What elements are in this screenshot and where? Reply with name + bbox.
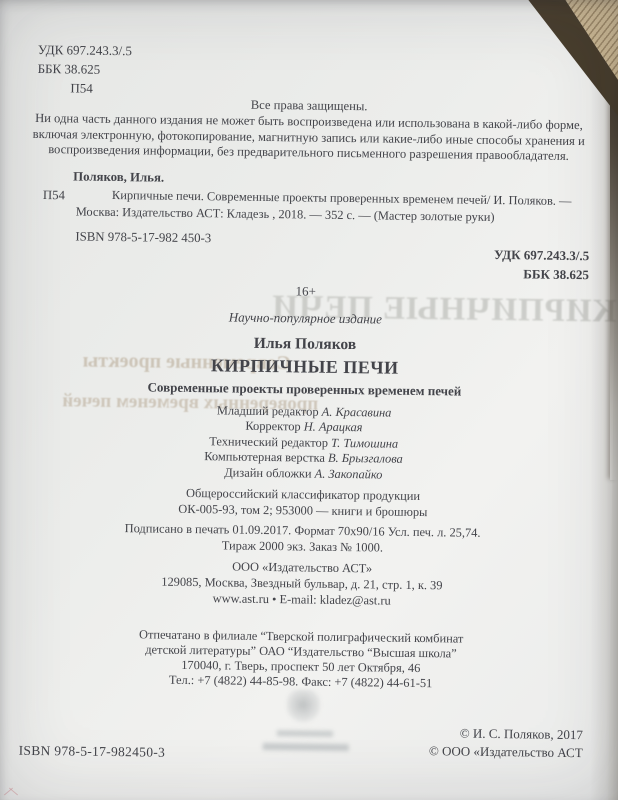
bbk-code: ББК 38.625 [38,59,132,79]
staff-role: Корректор [245,419,300,434]
showthrough-publisher-logo [286,689,320,723]
udk-code-right: УДК 697.243.3/.5 [494,246,589,266]
staff-name: В. Брызгалова [328,451,403,466]
copyright-author: © И. С. Поляков, 2017 [429,724,583,744]
staff-name: Т. Тимошина [331,436,398,451]
staff-role: Технический редактор [209,434,328,450]
print-info-block: Подписано в печать 01.09.2017. Формат 70… [23,520,581,558]
staff-list: Младший редактор А. Красавина Корректор … [24,401,583,485]
udk-code: УДК 697.243.3/.5 [38,40,132,60]
printery-block: Отпечатано в филиале “Тверской полиграфи… [22,626,581,693]
staff-name: А. Красавина [322,405,392,420]
copyright-publisher: © ООО «Издательство АСТ [429,742,583,762]
rights-body: Ни одна часть данного издания не может б… [26,111,591,166]
rights-notice: Все права защищены. Ни одна часть данног… [26,95,591,166]
book-title: КИРПИЧНЫЕ ПЕЧИ [26,353,584,381]
catalog-codes-top: УДК 697.243.3/.5 ББК 38.625 П54 [37,40,132,98]
publisher-block: ООО «Издательство АСТ» 129085, Москва, З… [23,556,582,611]
staff-role: Компьютерная верстка [204,449,325,465]
book-subtitle: Современные проекты проверенных временем… [25,378,583,401]
bib-author: Поляков, Илья. [73,169,164,185]
age-rating: 16+ [27,280,585,303]
bib-description: Кирпичные печи. Современные проекты пров… [76,186,588,226]
staff-role: Дизайн обложки [224,465,311,480]
isbn-bottom: ISBN 978-5-17-982450-3 [19,743,166,761]
staff-name: А. Закопайко [315,466,383,481]
photo-artifact [3,786,16,797]
bib-isbn: ISBN 978-5-17-982 450-3 [75,229,211,246]
staff-role: Младший редактор [217,403,319,418]
catalog-codes-right: УДК 697.243.3/.5 ББК 38.625 [494,246,590,284]
edition-kind: Научно-популярное издание [26,307,584,330]
page-sheet: КИРПИЧНЫЕ ПЕЧИ Современные проекты прове… [0,0,618,800]
book-imprint-page-photo: КИРПИЧНЫЕ ПЕЧИ Современные проекты прове… [0,0,618,800]
bib-index: П54 [43,188,65,203]
showthrough-text-blur-1 [277,730,333,737]
bbk-code-right: ББК 38.625 [494,264,589,284]
classifier-block: Общероссийский классификатор продукции О… [24,484,582,522]
showthrough-text-blur-2 [263,743,349,751]
copyright-block: © И. С. Поляков, 2017 © ООО «Издательств… [429,724,583,761]
staff-name: Н. Арацкая [304,420,363,435]
